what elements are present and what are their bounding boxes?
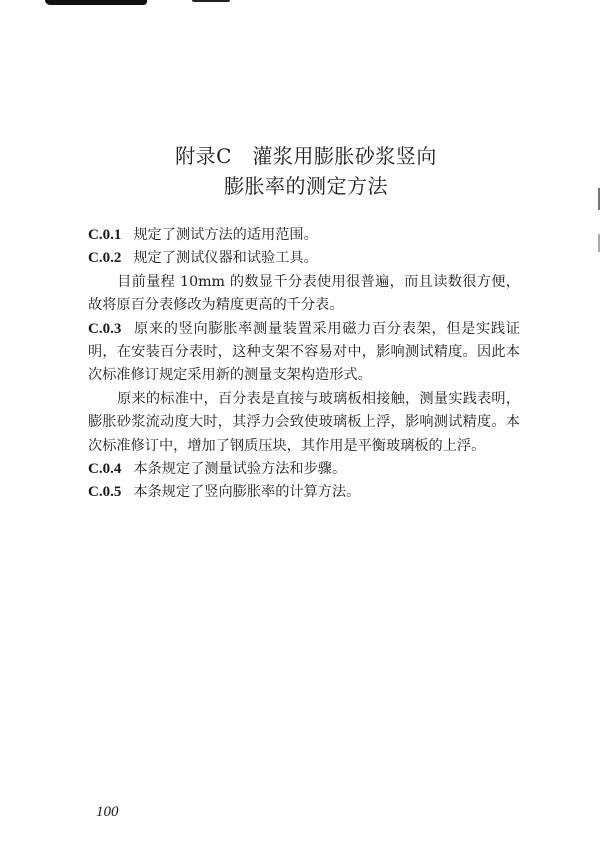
document-body: C.0.1规定了测试方法的适用范围。 C.0.2规定了测试仪器和试验工具。 目前…: [88, 224, 520, 505]
clause-c04: C.0.4本条规定了测量试验方法和步骤。: [88, 458, 520, 481]
appendix-title-line-1: 附录C 灌浆用膨胀砂浆竖向: [0, 142, 600, 170]
clause-c03: C.0.3原来的竖向膨胀率测量装置采用磁力百分表架，但是实践证明，在安装百分表时…: [88, 318, 520, 388]
clause-text: 本条规定了竖向膨胀率的计算方法。: [133, 484, 360, 500]
clause-text: 原来的竖向膨胀率测量装置采用磁力百分表架，但是实践证明，在安装百分表时，这种支架…: [88, 321, 520, 384]
clause-c02: C.0.2规定了测试仪器和试验工具。: [88, 247, 520, 270]
clause-number: C.0.3: [88, 321, 121, 337]
page-number: 100: [96, 804, 119, 821]
clause-c02-explanation: 目前量程 10mm 的数显千分表使用很普遍，而且读数很方便，故将原百分表修改为精…: [88, 271, 520, 318]
clause-text: 本条规定了测量试验方法和步骤。: [133, 461, 346, 477]
clause-text: 规定了测试仪器和试验工具。: [133, 250, 317, 266]
clause-c01: C.0.1规定了测试方法的适用范围。: [88, 224, 520, 247]
scan-artifact: [45, 0, 147, 5]
clause-number: C.0.5: [88, 484, 121, 500]
clause-number: C.0.2: [88, 250, 121, 266]
appendix-title-line-2: 膨胀率的测定方法: [0, 172, 600, 200]
clause-number: C.0.4: [88, 461, 121, 477]
clause-c03-explanation: 原来的标准中，百分表是直接与玻璃板相接触，测量实践表明，膨胀砂浆流动度大时，其浮…: [88, 388, 520, 458]
scan-artifact: [192, 0, 230, 2]
clause-text: 规定了测试方法的适用范围。: [133, 227, 317, 243]
clause-c05: C.0.5本条规定了竖向膨胀率的计算方法。: [88, 481, 520, 504]
clause-number: C.0.1: [88, 227, 121, 243]
